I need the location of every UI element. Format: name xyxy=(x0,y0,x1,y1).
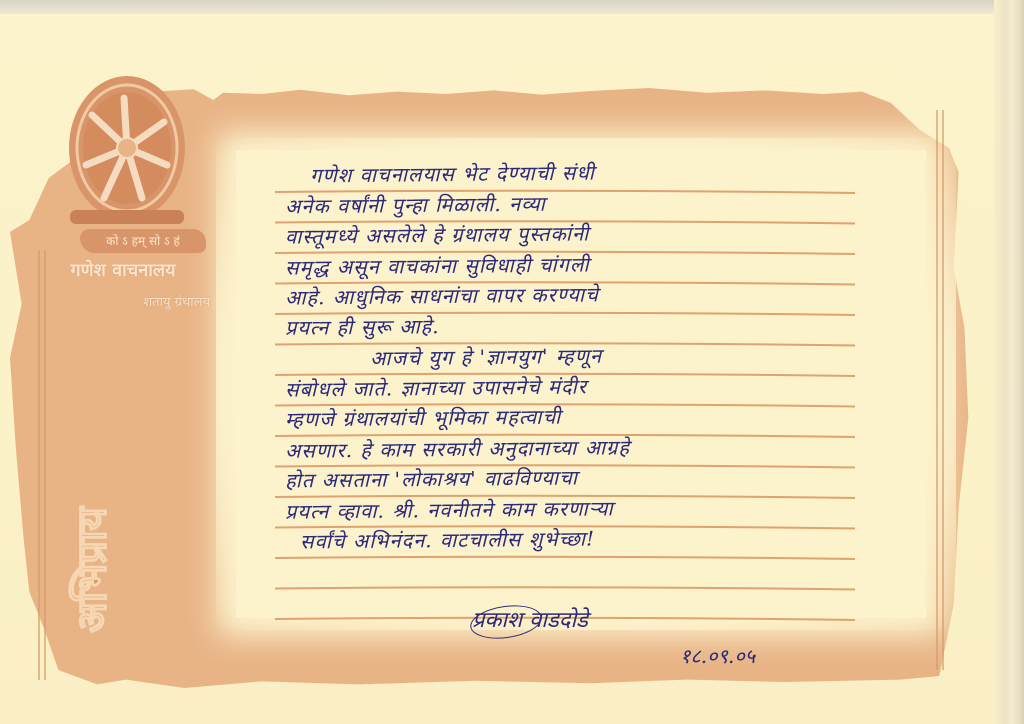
handwritten-line: आहे. आधुनिक साधनांचा वापर करण्याचे xyxy=(285,280,599,310)
handwritten-line: समृद्ध असून वाचकांना सुविधाही चांगली xyxy=(285,250,590,280)
handwritten-line: वास्तूमध्ये असलेले हे ग्रंथालय पुस्तकांन… xyxy=(285,219,590,249)
handwritten-line: सर्वांचे अभिनंदन. वाटचालीस शुभेच्छा! xyxy=(300,524,595,554)
handwritten-line: संबोधले जाते. ज्ञानाच्या उपासनेचे मंदीर xyxy=(285,372,587,402)
signature-date: १८.०९.०५ xyxy=(680,642,755,669)
handwritten-line: प्रयत्न व्हावा. श्री. नवनीतने काम करणाऱ्… xyxy=(285,494,614,524)
handwritten-line: असणार. हे काम सरकारी अनुदानाच्या आग्रहे xyxy=(285,433,630,464)
signature: प्रकाश वाडदोडे xyxy=(472,604,588,634)
handwritten-line: म्हणजे ग्रंथालयांची भूमिका महत्वाची xyxy=(285,403,562,433)
handwritten-line: गणेश वाचनालयास भेट देण्याची संधी xyxy=(310,159,595,189)
handwritten-line: आजचे युग हे 'ज्ञानयुग' म्हणून xyxy=(370,342,602,371)
handwritten-line: अनेक वर्षांनी पुन्हा मिळाली. नव्या xyxy=(285,189,546,219)
handwritten-line: प्रयत्न ही सुरू आहे. xyxy=(285,312,440,341)
handwritten-line: होत असताना 'लोकाश्रय' वाढविण्याचा xyxy=(285,463,578,493)
